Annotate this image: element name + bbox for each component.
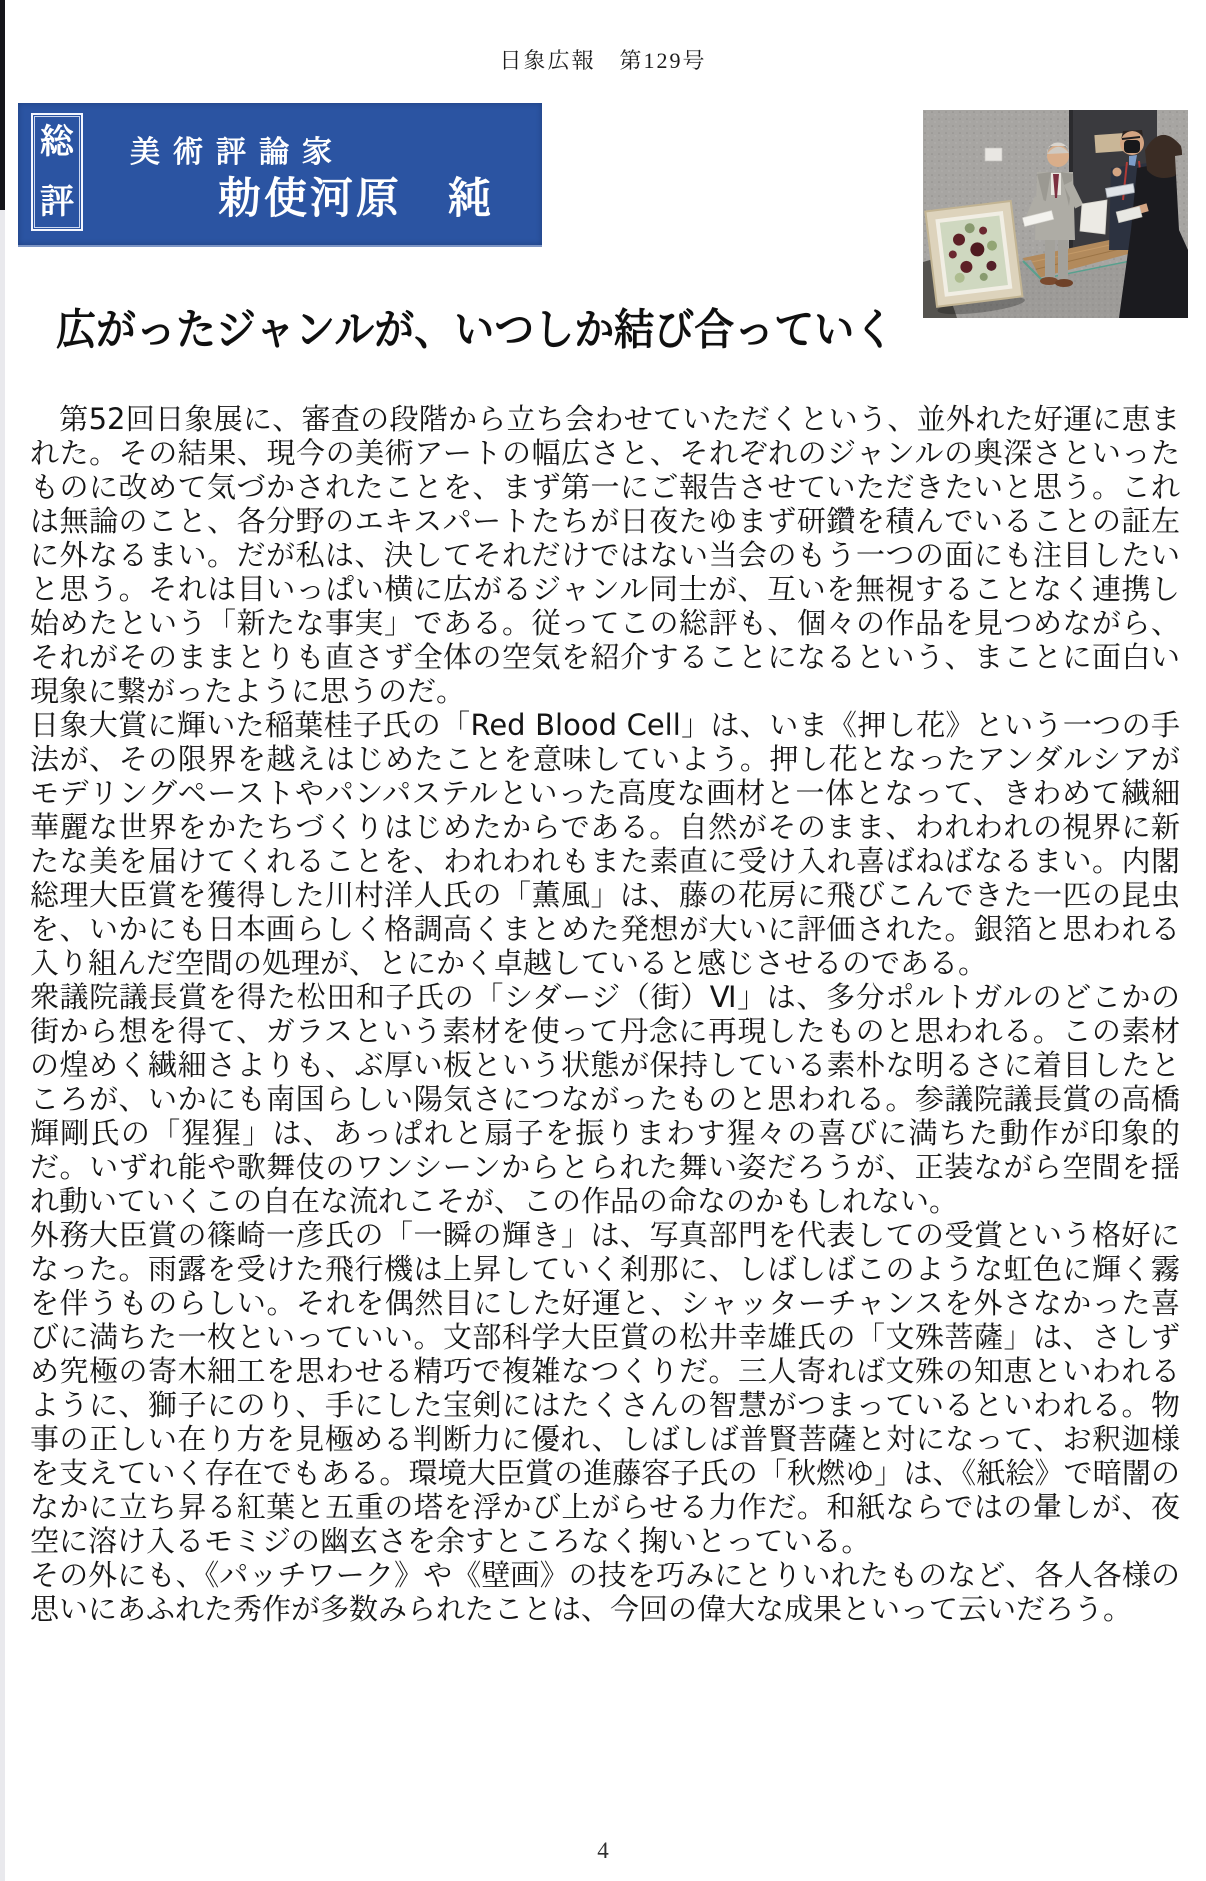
- framed-artwork: [925, 201, 1025, 318]
- summary-banner: 総 評 美術評論家 勅使河原 純: [18, 103, 542, 247]
- soukyo-tag-box: 総 評: [31, 113, 83, 231]
- page-number: 4: [0, 1838, 1206, 1864]
- scan-edge-artifact: [0, 0, 5, 210]
- article-paragraph: その外にも、《パッチワーク》や《壁画》の技を巧みにとりいれたものなど、各人各様の…: [30, 1558, 1180, 1626]
- article-headline: 広がったジャンルが、いつしか結び合っていく: [56, 296, 916, 358]
- tag-char-top: 総: [40, 125, 74, 159]
- author-name: 勅使河原 純: [218, 165, 494, 226]
- scan-edge-shade: [0, 0, 5, 1881]
- paper-sheet: [1080, 200, 1107, 234]
- exhibition-photo: [923, 110, 1188, 318]
- page-header: 日象広報 第129号: [0, 44, 1206, 75]
- wall-label: [985, 148, 1002, 161]
- article-body: 第52回日象展に、審査の段階から立ち会わせていただくという、並外れた好運に恵まれ…: [30, 402, 1180, 1626]
- newsletter-page: 日象広報 第129号 総 評 美術評論家 勅使河原 純: [0, 0, 1206, 1881]
- article-paragraph: 外務大臣賞の篠崎一彦氏の「一瞬の輝き」は、写真部門を代表しての受賞という格好にな…: [30, 1218, 1180, 1558]
- tag-char-bottom: 評: [40, 185, 74, 219]
- article-paragraph: 日象大賞に輝いた稲葉桂子氏の「Red Blood Cell」は、いま《押し花》と…: [30, 708, 1180, 980]
- article-paragraph: 第52回日象展に、審査の段階から立ち会わせていただくという、並外れた好運に恵まれ…: [30, 402, 1180, 708]
- article-paragraph: 衆議院議長賞を得た松田和子氏の「シダージ（街）Ⅵ」は、多分ポルトガルのどこかの街…: [30, 980, 1180, 1218]
- exhibition-photo-illustration: [923, 110, 1188, 318]
